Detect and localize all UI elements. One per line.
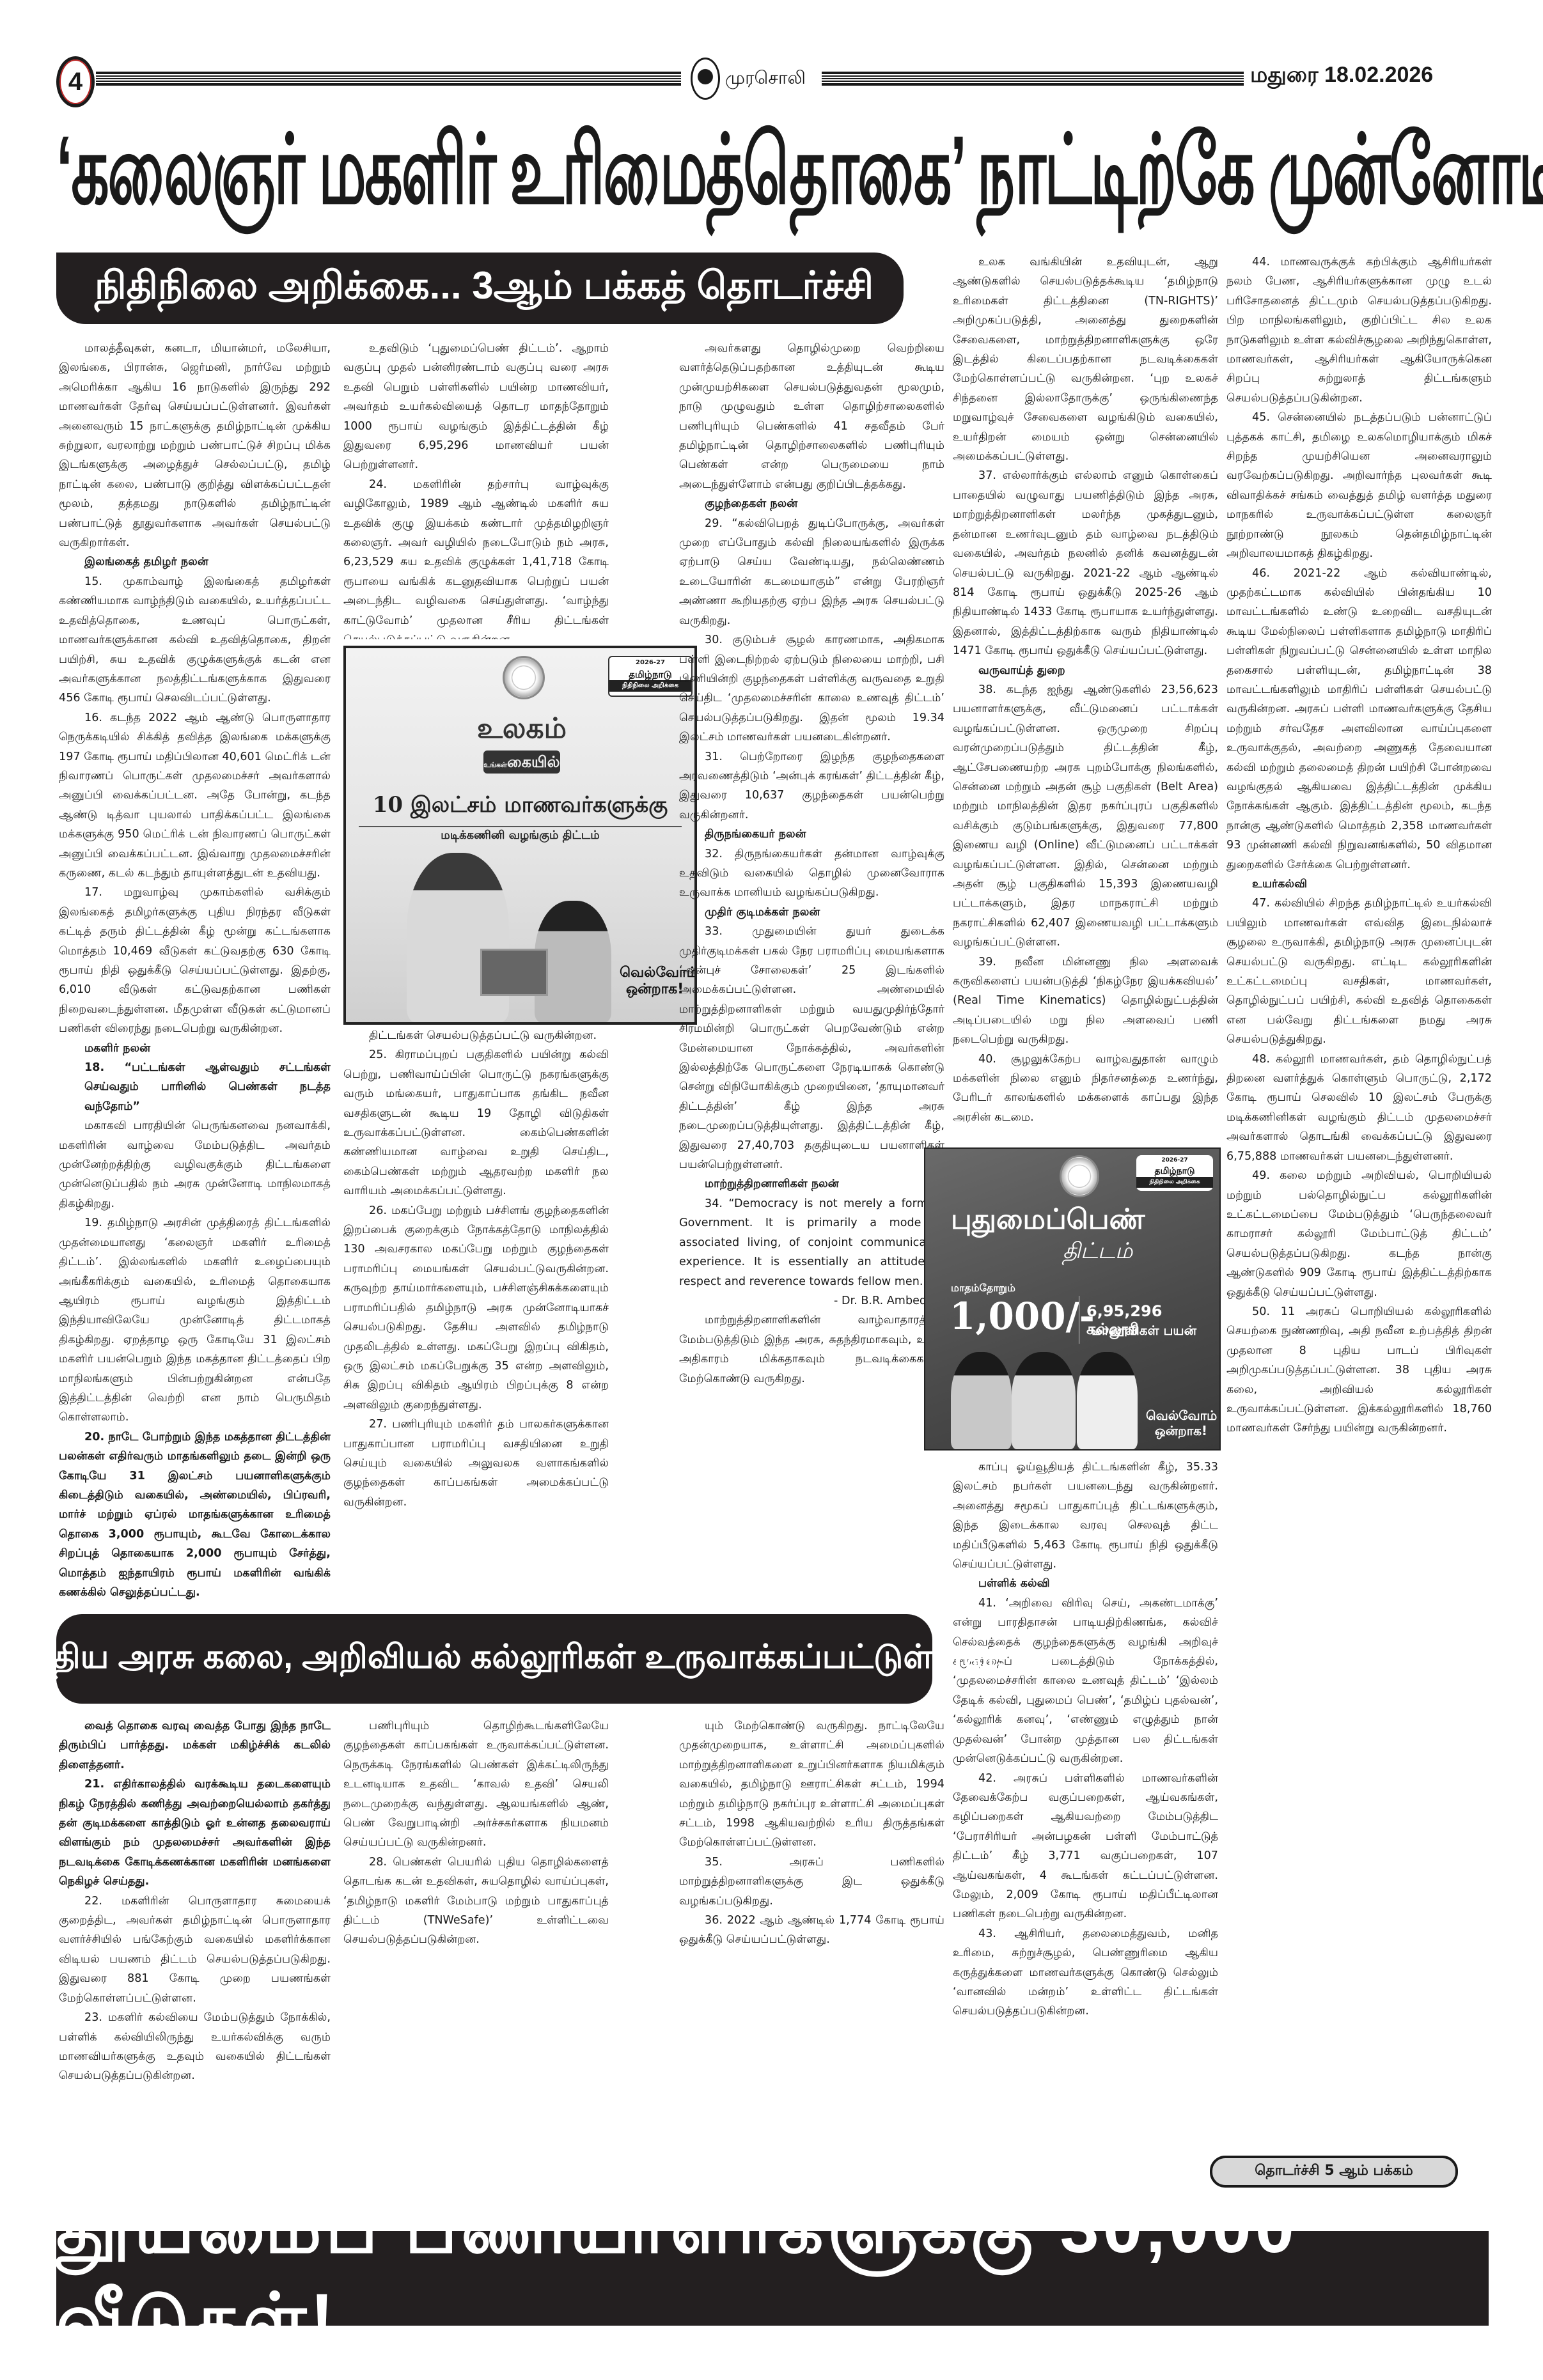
subheading: முதிர் குடிமக்கள் நலன் <box>679 903 944 922</box>
logo-sub: நிதிநிலை அறிக்கை <box>1136 1177 1213 1188</box>
section-banner-budget: நிதிநிலை அறிக்கை... 3ஆம் பக்கத் தொடர்ச்ச… <box>56 253 904 324</box>
paragraph: 29. “கல்விபெறத் துடிப்போருக்கு, அவர்கள் … <box>679 514 944 630</box>
photo-student-2 <box>1012 1352 1076 1449</box>
subheading: திருநங்கையர் நலன் <box>679 825 944 844</box>
ad-slogan: வெல்வோம் ஒன்றாக! <box>1146 1408 1216 1438</box>
ad-title-main: கையில் <box>507 753 560 771</box>
paragraph: 42. அரசுப் பள்ளிகளில் மாணவர்களின் தேவைக்… <box>953 1769 1218 1924</box>
subheading: வருவாய்த் துறை <box>953 661 1218 680</box>
ad-title-top: உலகம் <box>474 712 570 749</box>
article-column-2-bottom: திட்டங்கள் செயல்படுத்தப்பட்டு வருகின்றன.… <box>343 1026 609 1611</box>
paragraph: பணிபுரியும் தொழிற்கூடங்களிலேயே குழந்தைகள… <box>343 1716 609 1853</box>
ad-subtitle: திட்டம் <box>1063 1238 1132 1266</box>
paragraph: மாற்றுத்திறனாளிகளின் வாழ்வாதாரத்தை மேம்ப… <box>679 1311 944 1388</box>
photo-student-1 <box>951 1352 1012 1449</box>
slogan-line-2: ஒன்றாக! <box>1146 1423 1216 1438</box>
paragraph: 22. மகளிரின் பொருளாதார சுமையைக் குறைத்தி… <box>59 1892 331 2008</box>
ad-beneficiary-label: மாணவிகள் பயன் <box>1092 1323 1196 1340</box>
ad-title: புதுமைப்பெண் <box>951 1203 1145 1240</box>
budget-logo: 2026-27 தமிழ்நாடு நிதிநிலை அறிக்கை <box>1136 1155 1213 1191</box>
issue-date: 18.02.2026 <box>1324 63 1433 87</box>
paragraph: 28. பெண்கள் பெயரில் புதிய தொழில்களைத் தொ… <box>343 1853 609 1950</box>
ad-pudhumai-penn: 2026-27 தமிழ்நாடு நிதிநிலை அறிக்கை புதும… <box>924 1147 1221 1451</box>
masthead-logo-icon <box>691 58 720 100</box>
photo-chief-minister <box>407 853 509 1022</box>
page-number: 4 <box>68 68 82 97</box>
article-column-2-lower: பணிபுரியும் தொழிற்கூடங்களிலேயே குழந்தைகள… <box>343 1716 609 2145</box>
paragraph: 15. முகாம்வாழ் இலங்கைத் தமிழர்கள் கண்ணிய… <box>59 572 331 708</box>
header-rule-right <box>822 72 1244 86</box>
article-column-3: அவர்களது தொழில்முறை வெற்றியை வளர்த்தெடுப… <box>679 339 944 1611</box>
dateline: மதுரை 18.02.2026 <box>1250 63 1433 90</box>
logo-text: தமிழ்நாடு <box>1136 1166 1213 1177</box>
article-column-4: உலக வங்கியின் உதவியுடன், ஆறு ஆண்டுகளில் … <box>953 253 1218 1138</box>
header-rule-left <box>96 72 681 86</box>
paragraph: 47. கல்வியில் சிறந்த தமிழ்நாட்டில் உயர்க… <box>1226 894 1492 1049</box>
bottom-headline-text: தூய்மைப் பணியாளர்களுக்கு 30,000 வீடுகள்! <box>56 2188 1489 2369</box>
section-banner-colleges: 38 புதிய அரசு கலை, அறிவியல் கல்லூரிகள் உ… <box>56 1614 932 1704</box>
article-column-1-bottom: வைத் தொகை வரவு வைத்த போது இந்த நாடே திரு… <box>59 1716 331 2145</box>
subheading: குழந்தைகள் நலன் <box>679 494 944 513</box>
ad-amount: 1,000/- <box>950 1295 1095 1338</box>
paragraph: 27. பணிபுரியும் மகளிர் தம் பாலகர்களுக்கா… <box>343 1415 609 1512</box>
article-column-5: 44. மாணவருக்குக் கற்பிக்கும் ஆசிரியர்கள்… <box>1226 253 1492 2145</box>
quote-attribution: - Dr. B.R. Ambedkar <box>679 1291 944 1311</box>
paragraph: 45. சென்னையில் நடத்தப்படும் பன்னாட்டுப் … <box>1226 408 1492 563</box>
paragraph: 34. “Democracy is not merely a form of G… <box>679 1194 944 1291</box>
paragraph: 17. மறுவாழ்வு முகாம்களில் வசிக்கும் இலங்… <box>59 883 331 1038</box>
continued-on-page-5: தொடர்ச்சி 5 ஆம் பக்கம் <box>1210 2156 1458 2188</box>
tn-emblem-icon <box>503 656 545 699</box>
paragraph: திட்டங்கள் செயல்படுத்தப்பட்டு வருகின்றன. <box>343 1026 609 1045</box>
paragraph: 41. ‘அறிவை விரிவு செய், அகண்டமாக்கு’ என்… <box>953 1594 1218 1769</box>
subheading: இலங்கைத் தமிழர் நலன் <box>59 552 331 572</box>
masthead: முரசொலி <box>691 58 806 100</box>
paragraph: 23. மகளிர் கல்வியை மேம்படுத்தும் நோக்கில… <box>59 2008 331 2086</box>
paragraph-bold: வைத் தொகை வரவு வைத்த போது இந்த நாடே திரு… <box>59 1716 331 1775</box>
photo-student-3 <box>1077 1352 1138 1449</box>
subheading: 18. “பட்டங்கள் ஆள்வதும் சட்டங்கள் செய்வத… <box>59 1058 331 1116</box>
paragraph: 39. நவீன மின்னணு நில அளவைக் கருவிகளைப் ப… <box>953 953 1218 1050</box>
edition-name: மதுரை <box>1250 63 1319 87</box>
article-column-1: மாலத்தீவுகள், கனடா, மியான்மர், மலேசியா, … <box>59 339 331 1611</box>
paragraph: அவர்களது தொழில்முறை வெற்றியை வளர்த்தெடுப… <box>679 339 944 494</box>
banner-text: 38 புதிய அரசு கலை, அறிவியல் கல்லூரிகள் உ… <box>0 1638 1006 1681</box>
paragraph: 40. சூழலுக்கேற்ப வாழ்வதுதான் வாழும் மக்க… <box>953 1050 1218 1128</box>
paragraph: உலக வங்கியின் உதவியுடன், ஆறு ஆண்டுகளில் … <box>953 253 1218 466</box>
paragraph: 16. கடந்த 2022 ஆம் ஆண்டு பொருளாதார நெருக… <box>59 708 331 883</box>
ad-monthly-label: மாதம்தோறும் <box>951 1282 1015 1295</box>
paragraph: 38. கடந்த ஐந்து ஆண்டுகளில் 23,56,623 பயன… <box>953 680 1218 953</box>
article-column-2-top: உதவிடும் ‘புதுமைப்பெண் திட்டம்’. ஆறாம் வ… <box>343 339 609 639</box>
ad-subline: மடிக்கணினி வழங்கும் திட்டம் <box>359 826 682 843</box>
paragraph: 46. 2021-22 ஆம் கல்வியாண்டில், முதற்கட்ட… <box>1226 564 1492 875</box>
ad-laptop-scheme: 2026-27 தமிழ்நாடு நிதிநிலை அறிக்கை உலகம்… <box>343 646 697 1025</box>
masthead-title: முரசொலி <box>725 67 806 91</box>
ad-headline: 10 இலட்சம் மாணவர்களுக்கு <box>359 792 682 820</box>
paragraph: உதவிடும் ‘புதுமைப்பெண் திட்டம்’. ஆறாம் வ… <box>343 339 609 475</box>
tn-emblem-icon <box>1060 1155 1099 1197</box>
paragraph: 33. முதுமையின் துயர் துடைக்க முதிர்குடிம… <box>679 922 944 1174</box>
paragraph: 32. திருநங்கையர்கள் தன்மான வாழ்வுக்கு உத… <box>679 844 944 903</box>
paragraph: 48. கல்லூரி மாணவர்கள், தம் தொழில்நுட்பத்… <box>1226 1050 1492 1166</box>
paragraph: 31. பெற்றோரை இழந்த குழந்தைகளை அரவணைத்திட… <box>679 747 944 825</box>
ad-title-bottom: உங்கள்கையில் <box>483 751 560 774</box>
paragraph-bold: 20. நாடே போற்றும் இந்த மகத்தான திட்டத்தி… <box>59 1427 331 1603</box>
subheading: மாற்றுத்திறனாளிகள் நலன் <box>679 1174 944 1194</box>
bottom-headline-banner: தூய்மைப் பணியாளர்களுக்கு 30,000 வீடுகள்! <box>56 2231 1489 2326</box>
paragraph: 49. கலை மற்றும் அறிவியல், பொறியியல் மற்ற… <box>1226 1166 1492 1302</box>
paragraph: மாலத்தீவுகள், கனடா, மியான்மர், மலேசியா, … <box>59 339 331 552</box>
paragraph: மகாகவி பாரதியின் பெருங்கனவை நனவாக்கி, மக… <box>59 1116 331 1213</box>
laptop-image <box>480 949 548 996</box>
article-column-4-bottom: காப்பு ஓய்வூதியத் திட்டங்களின் கீழ், 35.… <box>953 1458 1218 2145</box>
subheading: மகளிர் நலன் <box>59 1039 331 1058</box>
paragraph: 50. 11 அரசுப் பொறியியல் கல்லூரிகளில் செய… <box>1226 1302 1492 1438</box>
paragraph-bold: 21. எதிர்காலத்தில் வரக்கூடிய தடைகளையும் … <box>59 1775 331 1891</box>
paragraph: யும் மேற்கொண்டு வருகிறது. நாட்டிலேயே முத… <box>679 1716 944 1853</box>
paragraph: காப்பு ஓய்வூதியத் திட்டங்களின் கீழ், 35.… <box>953 1458 1218 1574</box>
paragraph: 35. அரசுப் பணிகளில் மாற்றுத்திறனாளிகளுக்… <box>679 1853 944 1911</box>
paragraph: 43. ஆசிரியர், தலைமைத்துவம், மனித உரிமை, … <box>953 1924 1218 2021</box>
paragraph: 36. 2022 ஆம் ஆண்டில் 1,774 கோடி ரூபாய் ஒ… <box>679 1911 944 1950</box>
paragraph: 30. குடும்பச் சூழல் காரணமாக, அதிகமாக பள்… <box>679 630 944 747</box>
ad-divider <box>1079 1296 1079 1344</box>
paragraph: 25. கிராமப்புறப் பகுதிகளில் பயின்று கல்வ… <box>343 1045 609 1201</box>
paragraph: 24. மகளிரின் தற்சார்பு வாழ்வுக்கு வழிகோல… <box>343 475 609 639</box>
article-column-3-lower: யும் மேற்கொண்டு வருகிறது. நாட்டிலேயே முத… <box>679 1716 944 2145</box>
paragraph: 26. மகப்பேறு மற்றும் பச்சிளங் குழந்தைகளி… <box>343 1201 609 1415</box>
subheading: உயர்கல்வி <box>1226 875 1492 894</box>
slogan-line-1: வெல்வோம் <box>1146 1408 1216 1423</box>
paragraph: 37. எல்லார்க்கும் எல்லாம் எனும் கொள்கைப்… <box>953 466 1218 660</box>
paragraph: 19. தமிழ்நாடு அரசின் முத்திரைத் திட்டங்க… <box>59 1213 331 1427</box>
banner-text: நிதிநிலை அறிக்கை... 3ஆம் பக்கத் தொடர்ச்ச… <box>56 263 873 313</box>
ad-title-small: உங்கள் <box>483 761 507 769</box>
logo-year: 2026-27 <box>1136 1155 1213 1166</box>
paragraph: 44. மாணவருக்குக் கற்பிக்கும் ஆசிரியர்கள்… <box>1226 253 1492 408</box>
subheading: பள்ளிக் கல்வி <box>953 1574 1218 1593</box>
continued-text: தொடர்ச்சி 5 ஆம் பக்கம் <box>1255 2163 1413 2181</box>
page-headline: ‘கலைஞர் மகளிர் உரிமைத்தொகை’ நாட்டிற்கே ம… <box>56 96 1500 243</box>
